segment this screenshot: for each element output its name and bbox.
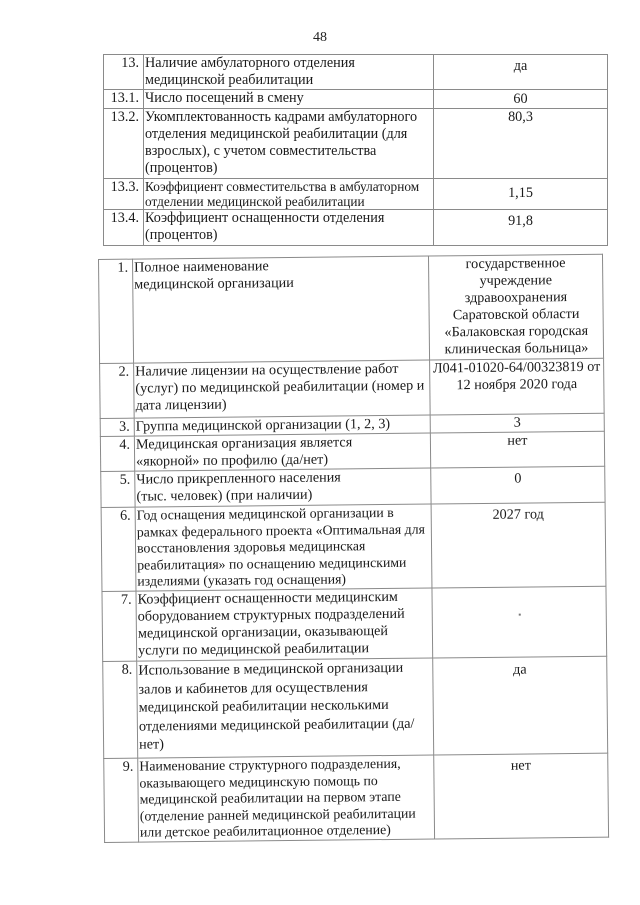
table-row: 4. Медицинская организация является «яко… bbox=[100, 431, 604, 471]
table-row: 7. Коэффициент оснащенности медицинским … bbox=[102, 586, 607, 661]
row-number: 5. bbox=[101, 471, 135, 507]
row-label: Медицинская организация является «якорно… bbox=[134, 433, 430, 471]
row-number: 13.3. bbox=[104, 179, 144, 210]
row-label: Коэффициент совместительства в амбулатор… bbox=[144, 179, 434, 210]
table-row: 13. Наличие амбулаторного отделения меди… bbox=[104, 55, 608, 90]
row-label: Год оснащения медицинской организации в … bbox=[135, 504, 432, 591]
row-value: 3 bbox=[430, 413, 604, 433]
row-number: 3. bbox=[100, 418, 134, 436]
row-number: 1. bbox=[99, 259, 134, 363]
row-label: Наличие амбулаторного отделения медицинс… bbox=[144, 55, 434, 90]
row-number: 6. bbox=[101, 507, 136, 591]
row-value: 2027 год bbox=[431, 502, 606, 588]
table-row: 5. Число прикрепленного населения (тыс. … bbox=[101, 466, 605, 507]
row-value: 1,15 bbox=[434, 179, 608, 210]
row-label: Наличие лицензии на осуществление работ … bbox=[134, 360, 431, 418]
stray-dot bbox=[518, 614, 520, 616]
row-label: Число посещений в смену bbox=[144, 90, 434, 109]
page-number: 48 bbox=[0, 30, 640, 46]
row-value: да bbox=[434, 55, 608, 90]
table-row: 8. Использование в медицинской организац… bbox=[103, 656, 608, 758]
row-number: 8. bbox=[103, 661, 138, 758]
row-number: 13.2. bbox=[104, 109, 144, 179]
row-label: Коэффициент оснащенности медицинским обо… bbox=[136, 588, 433, 661]
table-medical-organization: 1. Полное наименование медицинской орган… bbox=[98, 254, 609, 843]
row-value: государственное учреждение здравоохранен… bbox=[428, 254, 603, 360]
row-value: нет bbox=[430, 431, 604, 468]
table-row: 13.3. Коэффициент совместительства в амб… bbox=[104, 179, 608, 210]
row-value: Л041-01020-64/00323819 от 12 ноября 2020… bbox=[430, 358, 605, 415]
row-value: 0 bbox=[431, 466, 605, 504]
row-label: Укомплектованность кадрами амбулаторного… bbox=[144, 109, 434, 179]
table-row: 9. Наименование структурного подразделен… bbox=[104, 753, 609, 842]
row-value: нет bbox=[434, 753, 609, 838]
table-row: 1. Полное наименование медицинской орган… bbox=[99, 254, 604, 363]
row-value: да bbox=[433, 656, 608, 755]
row-label: Число прикрепленного населения (тыс. чел… bbox=[135, 468, 431, 507]
row-label: Коэффициент оснащенности отделения (проц… bbox=[144, 210, 434, 246]
row-value: 60 bbox=[434, 90, 608, 109]
row-number: 13.1. bbox=[104, 90, 144, 109]
row-value: 91,8 bbox=[434, 210, 608, 246]
table-row: 13.2. Укомплектованность кадрами амбулат… bbox=[104, 109, 608, 179]
table-row: 6. Год оснащения медицинской организации… bbox=[101, 502, 606, 591]
row-number: 13. bbox=[104, 55, 144, 90]
row-label: Использование в медицинской организации … bbox=[137, 658, 434, 758]
row-value: 80,3 bbox=[434, 109, 608, 179]
table-row: 13.4. Коэффициент оснащенности отделения… bbox=[104, 210, 608, 246]
row-label: Наименование структурного подразделения,… bbox=[138, 755, 435, 842]
row-number: 9. bbox=[104, 758, 139, 842]
row-number: 2. bbox=[100, 363, 135, 418]
row-number: 13.4. bbox=[104, 210, 144, 246]
row-number: 4. bbox=[100, 436, 134, 471]
row-label: Группа медицинской организации (1, 2, 3) bbox=[134, 415, 430, 436]
row-number: 7. bbox=[102, 591, 137, 661]
row-value bbox=[432, 586, 607, 658]
table-row: 2. Наличие лицензии на осуществление раб… bbox=[100, 358, 605, 418]
table-row: 13.1. Число посещений в смену 60 bbox=[104, 90, 608, 109]
row-label: Полное наименование медицинской организа… bbox=[133, 256, 430, 363]
table-ambulatory-rehab: 13. Наличие амбулаторного отделения меди… bbox=[103, 54, 608, 246]
